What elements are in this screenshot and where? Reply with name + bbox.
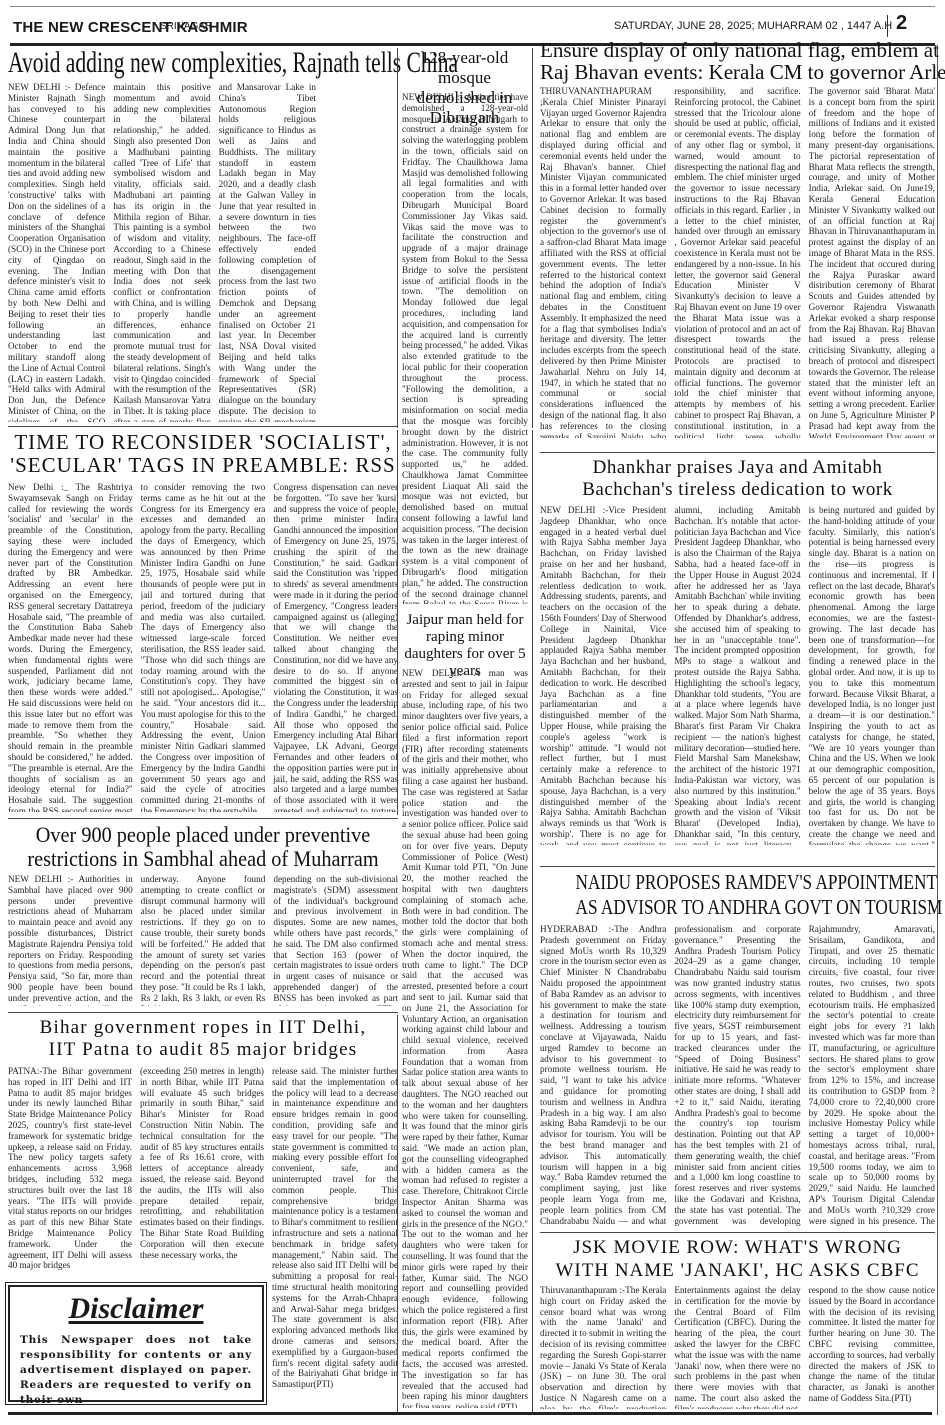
headline-jsk-2: WITH NAME 'JANAKI', HC ASKS CBFC	[540, 1261, 935, 1280]
headline-sambhal-1: Over 900 people placed under preventive	[24, 824, 383, 846]
article-column: depending on the sub-divisional magistra…	[273, 874, 398, 1006]
article-column: (exceeding 250 metres in length) in nort…	[140, 1066, 264, 1276]
article-column: NEW DELHI :-Vice President Jagdeep Dhank…	[540, 505, 666, 845]
section-rule	[8, 426, 398, 427]
column-rule	[532, 430, 533, 1415]
column-rule	[397, 1015, 398, 1415]
article-column: NEW DELHI :- Authorities in Sambhal have…	[8, 874, 133, 1006]
article-column: alumni, including Amitabh Bachchan. It's…	[674, 505, 800, 845]
column-rule	[532, 48, 533, 428]
article-column: to consider removing the two terms came …	[141, 482, 266, 812]
disclaimer-text: This Newspaper does not take responsibil…	[20, 1333, 252, 1408]
article-column: NEW DELHI :- Defence Minister Rajnath Si…	[8, 82, 105, 422]
article-column: HYDERABAD :-The Andhra Pradesh governmen…	[540, 924, 666, 1226]
headline-sambhal-2: restrictions in Sambhal ahead of Muharra…	[24, 848, 383, 870]
article-column: PATNA:-The Bihar government has roped in…	[8, 1066, 132, 1276]
article-column: The governor said 'Bharat Mata' is a con…	[809, 86, 935, 438]
section-rule	[8, 818, 398, 819]
article-column: underway. Anyone found attempting to cre…	[141, 874, 266, 1006]
headline-naidu-1: NAIDU PROPOSES RAMDEV'S APPOINTMENT	[576, 872, 900, 893]
headline-kerala-2: Raj Bhavan events: Kerala CM to governor…	[540, 62, 935, 83]
article-column: Thiruvananthapuram :-The Kerala high cou…	[540, 1285, 666, 1409]
newspaper-title: THE NEW CRESCENT KASHMIR	[13, 19, 248, 36]
headline-bihar-2: IIT Patna to audit 85 major bridges	[8, 1040, 398, 1059]
article-column: New Delhi :_ The Rashtriya Swayamsevak S…	[8, 482, 133, 812]
article-column: NEW DELHI :- Authorities have demolished…	[402, 92, 528, 604]
article-column: Congress dispensation can never be forgo…	[273, 482, 398, 812]
page-number: 2	[896, 12, 907, 35]
headline-rss-1: TIME TO RECONSIDER 'SOCIALIST',	[8, 432, 398, 453]
page-edge-rule	[937, 45, 938, 1415]
article-column: release said. The minister further said …	[272, 1066, 398, 1406]
article-column: NEW DELHI:- A man was arrested and sent …	[402, 668, 528, 1408]
section-rule	[8, 1012, 398, 1013]
article-column: maintain this positive momentum and avoi…	[113, 82, 210, 422]
headline-jsk-1: JSK MOVIE ROW: WHAT'S WRONG	[540, 1238, 935, 1257]
disclaimer-box: Disclaimer This Newspaper does not take …	[8, 1285, 264, 1402]
article-column: Entertainments against the delay in cert…	[674, 1285, 800, 1409]
headline-bihar-1: Bihar government ropes in IIT Delhi,	[8, 1018, 398, 1037]
headline-kerala-1: Ensure display of only national flag, em…	[540, 40, 935, 61]
headline-dhankhar-2: Bachchan's tireless dedication to work	[540, 480, 935, 499]
article-column: responsibility, and sacrifice. Reinforci…	[674, 86, 800, 438]
headline-dhankhar-1: Dhankhar praises Jaya and Amitabh	[540, 458, 935, 477]
disclaimer-title: Disclaimer	[20, 1293, 252, 1325]
article-column: THIRUVANANTHAPURAM ;Kerala Chief Ministe…	[540, 86, 666, 438]
divider	[887, 15, 888, 37]
section-rule	[540, 452, 935, 453]
article-column: professionalism and corporate governance…	[674, 924, 800, 1226]
section-rule	[540, 1232, 935, 1233]
page-bottom-rule	[8, 1412, 932, 1415]
article-column: Rajahmundry, Amaravati, Srisailam, Gandi…	[809, 924, 935, 1226]
headline-naidu-2: AS ADVISOR TO ANDHRA GOVT ON TOURISM	[576, 897, 900, 918]
section-rule	[540, 866, 935, 867]
issue-date: SATURDAY, JUNE 28, 2025; MUHARRAM 02 , 1…	[614, 20, 892, 32]
article-column: and Mansarovar Lake in China's Tibet Aut…	[219, 82, 316, 422]
edition-city: SRINAGAR	[160, 21, 212, 32]
column-rule	[397, 48, 398, 428]
article-column: is being nurtured and guided by the hand…	[809, 505, 935, 845]
article-column: respond to the show cause notice issued …	[809, 1285, 935, 1409]
headline-rajnath: Avoid adding new complexities, Rajnath t…	[8, 48, 310, 78]
column-rule	[397, 430, 398, 815]
headline-rss-2: 'SECULAR' TAGS IN PREAMBLE: RSS	[8, 455, 398, 476]
